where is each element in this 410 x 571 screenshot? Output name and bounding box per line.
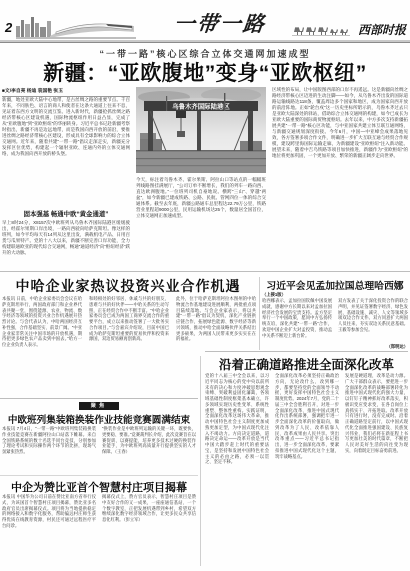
lead-byline: ■文/李自亮 杨迪 袁国艳 张玉 bbox=[2, 87, 130, 97]
masthead-title: 一带一路 bbox=[148, 8, 291, 38]
lead-column-2: 今天，标注着乌鲁木齐、霍尔果斯、阿拉山口等站点的一幅幅班列线路图挂满展厅，“公司… bbox=[136, 177, 266, 270]
lead-column-1-bottom: 早上8时24分，X8157次中欧班列从乌鲁木齐国际陆港区缓缓驶出，经霍尔果斯口岸… bbox=[2, 220, 130, 270]
city-train-illustration bbox=[16, 14, 136, 40]
entrepreneurs-column-1: 本报讯 日前，中哈企业家委员会会议在哈萨克斯坦举行，两国政府部门和企业界代表共聚… bbox=[2, 296, 82, 395]
page-number: 2 bbox=[5, 20, 12, 35]
lead-column-3: 区域性的布局，让中国版图西部的口岸不再遥远。这是新疆向丝绸之路经济带核心区迈进的… bbox=[272, 87, 408, 270]
camel-caravan-illustration bbox=[292, 20, 350, 36]
reform-headline: 沿着正确道路推进全面深化改革 bbox=[205, 355, 408, 373]
column-divider-1 bbox=[259, 277, 260, 350]
section-rule-3 bbox=[0, 398, 198, 399]
column-divider-2 bbox=[200, 356, 201, 566]
xi-meeting-reporter: （郑明达） bbox=[338, 344, 408, 350]
zambia-column-2: 揭幕仪式上，赞方官员表示，智慧村庄项目是赞中友好合作的又一成果，一座座通信基站、… bbox=[102, 494, 196, 562]
section-rule-4 bbox=[0, 475, 198, 476]
lead-subhead: 固本强基 畅通中欧“黄金通道” bbox=[2, 209, 130, 218]
zambia-column-1: 本报讯 中国华为公司日前在赞比亚南方省举行仪式，为该国首个智慧村庄项目揭幕，赞比… bbox=[2, 494, 96, 562]
competition-column-2: “换装作业是中欧班列运输的关键一环，既要快，更要稳、要准。”竞赛裁判长介绍，此次… bbox=[102, 426, 196, 472]
xi-meeting-column-1: 哈西娜表示，孟加拉国钦佩中国发展成就，感谢中方长期以来对孟加拉国经济社会发展的宝… bbox=[262, 298, 332, 350]
focus-badge: 聚焦 bbox=[79, 402, 119, 410]
xi-meeting-headline: 习近平会见孟加拉国总理哈西娜 bbox=[262, 278, 408, 292]
lead-headline: 新疆：“亚欧腹地”变身“亚欧枢纽” bbox=[0, 57, 410, 87]
page-header: 2 一带一路 西部时报 bbox=[0, 0, 410, 44]
paper-name: 西部时报 bbox=[358, 21, 406, 38]
competition-column-1: 本报讯 7月4日，“一带一路”中欧班列集装箱换装作业技能竞赛在新疆阿拉山口站落下… bbox=[2, 426, 96, 472]
lead-column-1-top: 新疆，地处亚欧大陆中心地带，是古丝绸之路的重要节点。千百年来，不同肤色、语言的商… bbox=[2, 97, 130, 207]
section-rule-2 bbox=[205, 351, 408, 352]
entrepreneurs-headline: 中哈企业家热议投资兴业合作机遇 bbox=[0, 276, 256, 296]
competition-headline: 中欧班列集装箱换装作业技能竞赛圆满结束 bbox=[0, 412, 198, 426]
railway-gantry-photo: 乌鲁木齐国际陆港区 bbox=[136, 87, 266, 173]
zambia-headline: 中企为赞比亚首个智慧村庄项目揭幕 bbox=[0, 479, 198, 495]
entrepreneurs-column-2: 和睦相处的好邻居、休戚与共的好朋友、患难与共的好伙伴——中哈关系的生动写照，正在… bbox=[89, 296, 169, 395]
xi-meeting-column-2: 双方发表了关于深化投资合作的联合声明，并见证签署数字经济、绿色发展、基础设施、减… bbox=[338, 298, 408, 350]
reform-column-1: 党的十八届三中全会以来，以习近平同志为核心的党中央以前所未有的决心和力度冲破思想… bbox=[205, 373, 269, 567]
section-rule-1 bbox=[0, 271, 410, 272]
reform-column-2: 全面深化改革必须坚持正确政治方向，无论改什么、改到哪一步，都要坚持党的全面领导不… bbox=[275, 373, 339, 567]
newspaper-page: 2 一带一路 西部时报 bbox=[0, 0, 410, 571]
header-rule bbox=[0, 40, 410, 43]
gantry-sign-text: 乌鲁木齐国际陆港区 bbox=[172, 102, 230, 111]
reform-column-3: 发展是硬道理，改革是动力源。广大干部群众表示，要把进一步全面深化改革的战略部署转… bbox=[345, 373, 408, 567]
